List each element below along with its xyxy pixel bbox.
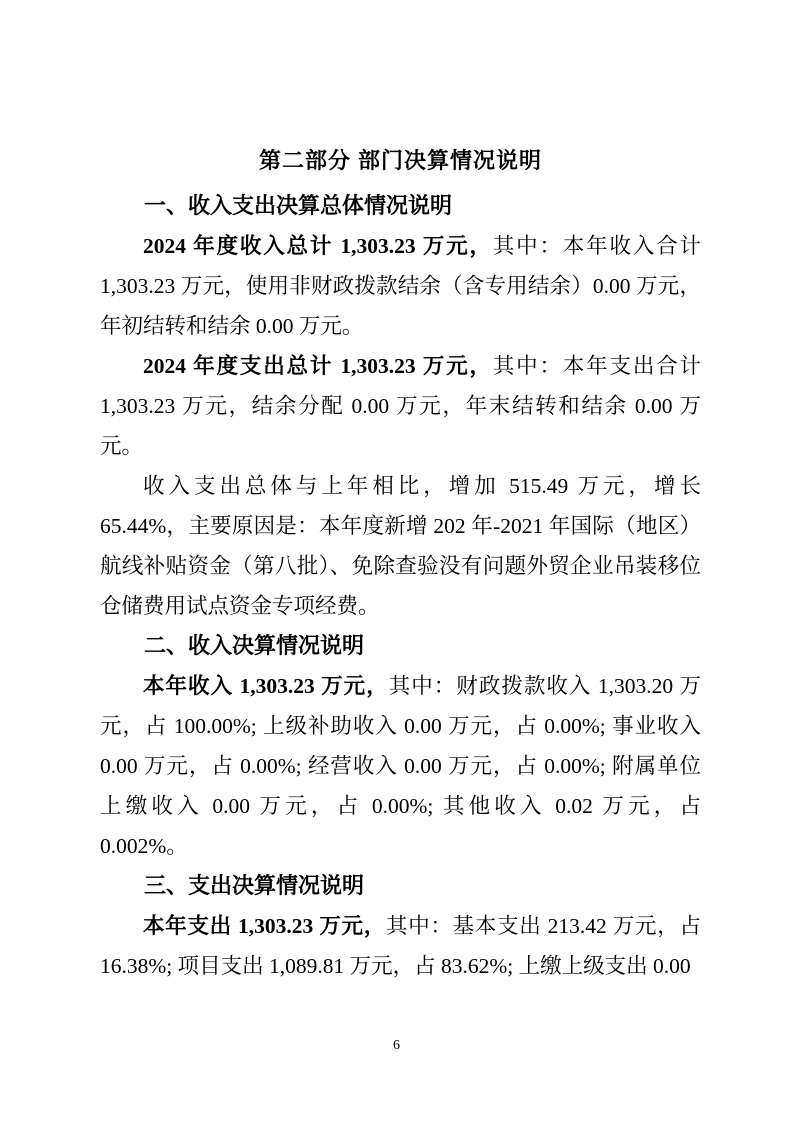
paragraph-expense-breakdown: 本年支出 1,303.23 万元，其中：基本支出 213.42 万元，占 16.… (100, 906, 701, 986)
section-heading-income-expense-overview: 一、收入支出决算总体情况说明 (100, 186, 701, 226)
document-content: 第二部分 部门决算情况说明 一、收入支出决算总体情况说明 2024 年度收入总计… (100, 141, 701, 986)
paragraph-lead-bold: 2024 年度收入总计 1,303.23 万元， (143, 234, 493, 258)
paragraph-lead-bold: 本年收入 1,303.23 万元， (143, 674, 389, 698)
paragraph-lead-bold: 2024 年度支出总计 1,303.23 万元， (143, 354, 493, 378)
paragraph-total-expense: 2024 年度支出总计 1,303.23 万元，其中：本年支出合计 1,303.… (100, 346, 701, 466)
paragraph-total-income: 2024 年度收入总计 1,303.23 万元，其中：本年收入合计 1,303.… (100, 226, 701, 346)
document-page: 第二部分 部门决算情况说明 一、收入支出决算总体情况说明 2024 年度收入总计… (0, 0, 793, 1122)
page-title: 第二部分 部门决算情况说明 (100, 141, 701, 181)
paragraph-lead-bold: 本年支出 1,303.23 万元， (143, 914, 386, 938)
paragraph-text: 其中：财政拨款收入 1,303.20 万元，占 100.00%; 上级补助收入 … (100, 674, 701, 858)
page-number: 6 (0, 1036, 793, 1056)
paragraph-yoy-comparison: 收入支出总体与上年相比，增加 515.49 万元，增长 65.44%，主要原因是… (100, 466, 701, 626)
paragraph-text: 收入支出总体与上年相比，增加 515.49 万元，增长 65.44%，主要原因是… (100, 474, 701, 618)
section-heading-income-detail: 二、收入决算情况说明 (100, 626, 701, 666)
section-heading-expense-detail: 三、支出决算情况说明 (100, 866, 701, 906)
paragraph-income-breakdown: 本年收入 1,303.23 万元，其中：财政拨款收入 1,303.20 万元，占… (100, 666, 701, 866)
